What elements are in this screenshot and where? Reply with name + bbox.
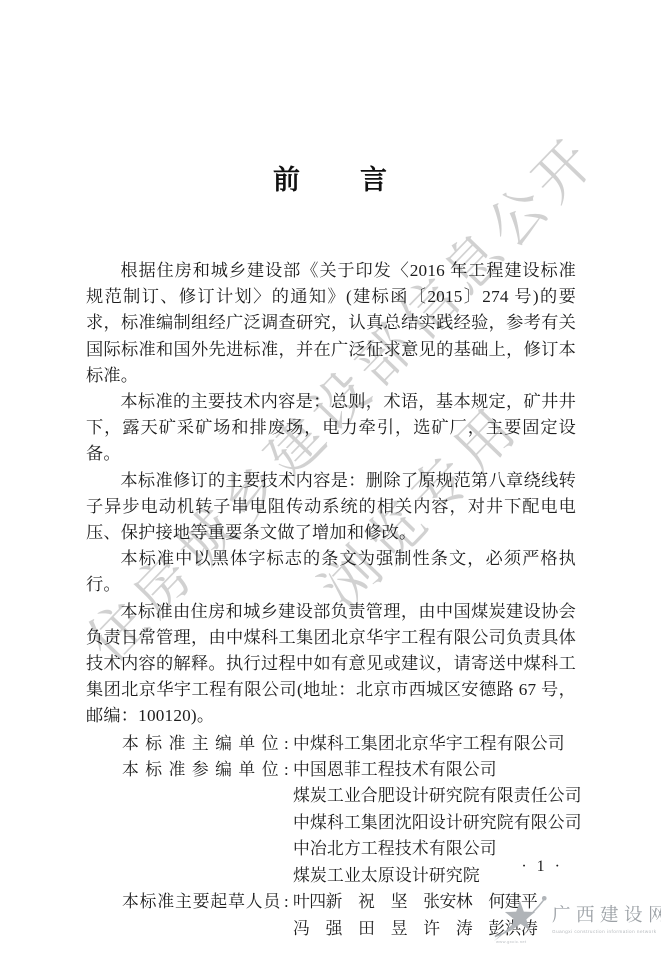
colon: : — [284, 731, 293, 757]
site-name: 广西建设网 — [552, 901, 661, 927]
participating-unit: 中冶北方工程技术有限公司 — [293, 836, 497, 862]
paragraph: 本标准由住房和城乡建设部负责管理，由中国煤炭建设协会负责日常管理，由中煤科工集团… — [86, 599, 576, 730]
chief-editor-unit: 中煤科工集团北京华宇工程有限公司 — [293, 731, 565, 757]
participating-units-row: 煤炭工业合肥设计研究院有限责任公司 — [86, 783, 576, 809]
paragraph: 根据住房和城乡建设部《关于印发〈2016 年工程建设标准规范制订、修订计划〉的通… — [86, 258, 576, 389]
participating-units-row: 中煤科工集团沈阳设计研究院有限公司 — [86, 810, 576, 836]
preface-paragraphs: 根据住房和城乡建设部《关于印发〈2016 年工程建设标准规范制订、修订计划〉的通… — [86, 258, 576, 730]
paragraph: 本标准的主要技术内容是：总则，术语，基本规定，矿井井下，露天矿采矿场和排废场，电… — [86, 389, 576, 468]
site-logo: www.gxcic.net 广西建设网 Guangxi construction… — [492, 888, 661, 946]
paragraph: 本标准修订的主要技术内容是：删除了原规范第八章绕线转子异步电动机转子串电阻传动系… — [86, 468, 576, 547]
logo-star-caption: www.gxcic.net — [496, 939, 527, 944]
participating-units-label: 本标准参编单位 — [122, 757, 284, 783]
chief-editor-row: 本标准主编单位 : 中煤科工集团北京华宇工程有限公司 — [86, 731, 576, 757]
drafters-label: 本标准主要起草人员 — [122, 889, 284, 915]
page-content: 前 言 根据住房和城乡建设部《关于印发〈2016 年工程建设标准规范制订、修订计… — [86, 163, 576, 942]
scanned-standard-page: 住房城乡建设部信息公开 浏览专用 前 言 根据住房和城乡建设部《关于印发〈201… — [0, 0, 661, 958]
logo-text-block: 广西建设网 Guangxi construction information n… — [552, 901, 661, 934]
page-number: · 1 · — [521, 858, 563, 876]
participating-units-row: 本标准参编单位 : 中国恩菲工程技术有限公司 — [86, 757, 576, 783]
colon: : — [284, 889, 293, 915]
participating-unit: 中国恩菲工程技术有限公司 — [293, 757, 497, 783]
site-tagline: Guangxi construction information network — [552, 929, 661, 934]
participating-units-row: 煤炭工业太原设计研究院 — [86, 863, 576, 889]
page-title: 前 言 — [86, 163, 576, 197]
participating-unit: 煤炭工业太原设计研究院 — [293, 863, 480, 889]
paragraph: 本标准中以黑体字标志的条文为强制性条文，必须严格执行。 — [86, 546, 576, 598]
participating-unit: 中煤科工集团沈阳设计研究院有限公司 — [293, 810, 582, 836]
chief-editor-label: 本标准主编单位 — [122, 731, 284, 757]
participating-units-row: 中冶北方工程技术有限公司 — [86, 836, 576, 862]
star-swoosh-icon: www.gxcic.net — [492, 888, 548, 946]
participating-unit: 煤炭工业合肥设计研究院有限责任公司 — [293, 783, 582, 809]
colon: : — [284, 757, 293, 783]
